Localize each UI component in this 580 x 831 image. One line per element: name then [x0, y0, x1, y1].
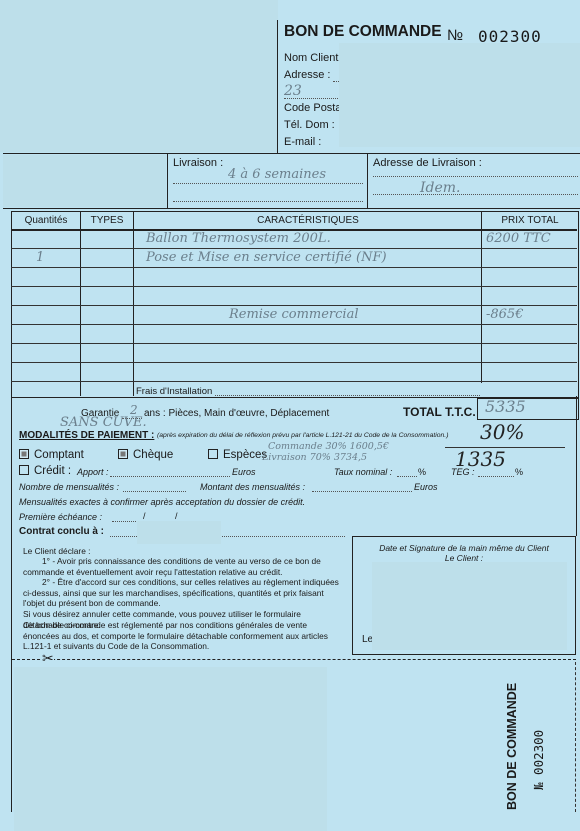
payment-option-species[interactable]: Espèces: [208, 449, 267, 461]
stub-title: BON DE COMMANDE: [505, 683, 519, 810]
date-separator: /: [143, 511, 146, 521]
nominal-rate-line: [397, 476, 417, 477]
delivery-bottom-border: [3, 208, 580, 209]
table-row: [11, 286, 577, 305]
payment-annotation-order: Commande 30% 1600,5€: [268, 441, 389, 452]
row-characteristics: Ballon Thermosystem 200L.: [146, 229, 331, 248]
divider: [167, 153, 168, 208]
payment-annotation-percent: 30%: [480, 420, 524, 444]
declaration-point-2: 2° - Être d'accord sur ces conditions, s…: [23, 577, 340, 609]
payment-subtitle: (après expiration du délai de réflexion …: [157, 432, 448, 439]
signature-title: Date et Signature de la main même du Cli…: [352, 543, 576, 553]
nominal-rate-percent: %: [418, 467, 426, 477]
installments-amount-label: Montant des mensualités :: [200, 482, 305, 492]
client-name-label: Nom Client :: [284, 52, 345, 64]
table-row: [11, 343, 577, 362]
total-value: 5335: [485, 397, 526, 416]
checkbox-credit[interactable]: [19, 465, 29, 475]
table-row: 1Pose et Mise en service certifié (NF): [11, 248, 577, 267]
total-label: TOTAL T.T.C.: [403, 405, 476, 419]
credit-confirm-note: Mensualités exactes à confirmer après ac…: [19, 497, 305, 507]
nominal-rate-label: Taux nominal :: [334, 467, 392, 477]
delivery-address-line-2: [373, 194, 578, 195]
col-header-types: TYPES: [82, 215, 132, 226]
teg-line: [478, 476, 514, 477]
stub-number: № 002300: [531, 730, 546, 790]
delivery-line: [173, 183, 363, 184]
table-row: [11, 324, 577, 343]
first-due-date-label: Première échéance :: [19, 512, 102, 522]
delivery-address-line: [373, 176, 578, 177]
postal-code-label: Code Postal: [284, 102, 344, 114]
email-label: E-mail :: [284, 136, 321, 148]
installments-count-label: Nombre de mensualités :: [19, 482, 119, 492]
installation-fee-label: Frais d'Installation: [136, 386, 212, 397]
apport-euros: Euros: [232, 467, 256, 477]
address-line-2: [284, 98, 344, 99]
apport-line: [110, 476, 230, 477]
page-left-border: [11, 396, 12, 812]
scissors-icon: ✂: [42, 650, 54, 666]
installments-euros: Euros: [414, 482, 438, 492]
row-quantity: 1: [36, 248, 44, 267]
redacted-area-top-left: [0, 0, 278, 152]
order-title: BON DE COMMANDE: [284, 23, 442, 41]
teg-percent: %: [515, 467, 523, 477]
installments-count-line: [123, 491, 186, 492]
payment-annotation-delivery: Livraison 70% 3734,5: [262, 452, 367, 463]
stub-right-border: [575, 662, 576, 812]
payment-option-credit[interactable]: Crédit :: [19, 465, 71, 477]
contract-place-label: Contrat conclu à :: [19, 526, 104, 537]
row-divider: [11, 381, 577, 382]
order-number-sign: №: [447, 27, 463, 44]
col-header-quantity: Quantités: [13, 215, 79, 226]
table-row: Ballon Thermosystem 200L.6200 TTC: [11, 229, 577, 248]
declaration-point-1: 1° - Avoir pris connaissance des conditi…: [23, 556, 340, 577]
redacted-signature: [372, 562, 567, 650]
teg-label: TEG :: [451, 467, 475, 477]
client-address-value: 23: [284, 83, 302, 99]
checkbox-species[interactable]: [208, 449, 218, 459]
table-row: [11, 362, 577, 381]
payment-option-cash[interactable]: Comptant: [19, 449, 84, 461]
delivery-delay-value: 4 à 6 semaines: [228, 167, 326, 182]
col-header-characteristics: CARACTÉRISTIQUES: [135, 215, 481, 226]
warranty-terms: ans : Pièces, Main d'œuvre, Déplacement: [144, 408, 329, 419]
redacted-client-info: [339, 43, 580, 147]
table-row: Remise commercial-865€: [11, 305, 577, 324]
page-right-border: [576, 396, 577, 536]
row-characteristics: Remise commercial: [229, 305, 358, 324]
payment-option-check[interactable]: Chèque: [118, 449, 173, 461]
installation-line: [215, 395, 480, 396]
redacted-area-bottom: [14, 667, 327, 831]
header-left-border: [277, 20, 278, 153]
regulation-note: Ce bon de commande est réglementé par no…: [23, 620, 340, 652]
row-characteristics: Pose et Mise en service certifié (NF): [146, 248, 387, 267]
divider: [367, 153, 368, 208]
detach-cut-line[interactable]: [12, 659, 576, 660]
table-row: [11, 267, 577, 286]
apport-label: Apport :: [77, 467, 109, 477]
row-price: -865€: [486, 305, 523, 324]
phone-label: Tél. Dom :: [284, 119, 335, 131]
delivery-top-border: [3, 153, 580, 154]
delivery-line-2: [173, 201, 363, 202]
payment-title: MODALITÉS DE PAIEMENT :: [19, 430, 154, 441]
warranty-note: SANS CUVE.: [60, 415, 147, 430]
delivery-address-label: Adresse de Livraison :: [373, 157, 482, 169]
redacted-contract-place: [137, 521, 221, 544]
client-address-label: Adresse :: [284, 69, 330, 81]
date-separator: /: [175, 511, 178, 521]
checkbox-check[interactable]: [118, 449, 128, 459]
redacted-area-delivery-left: [3, 155, 166, 207]
checkbox-cash[interactable]: [19, 449, 29, 459]
row-price: 6200 TTC: [486, 229, 551, 248]
delivery-delay-label: Livraison :: [173, 157, 223, 169]
installments-amount-line: [312, 491, 412, 492]
col-header-total-price: PRIX TOTAL: [483, 215, 577, 226]
